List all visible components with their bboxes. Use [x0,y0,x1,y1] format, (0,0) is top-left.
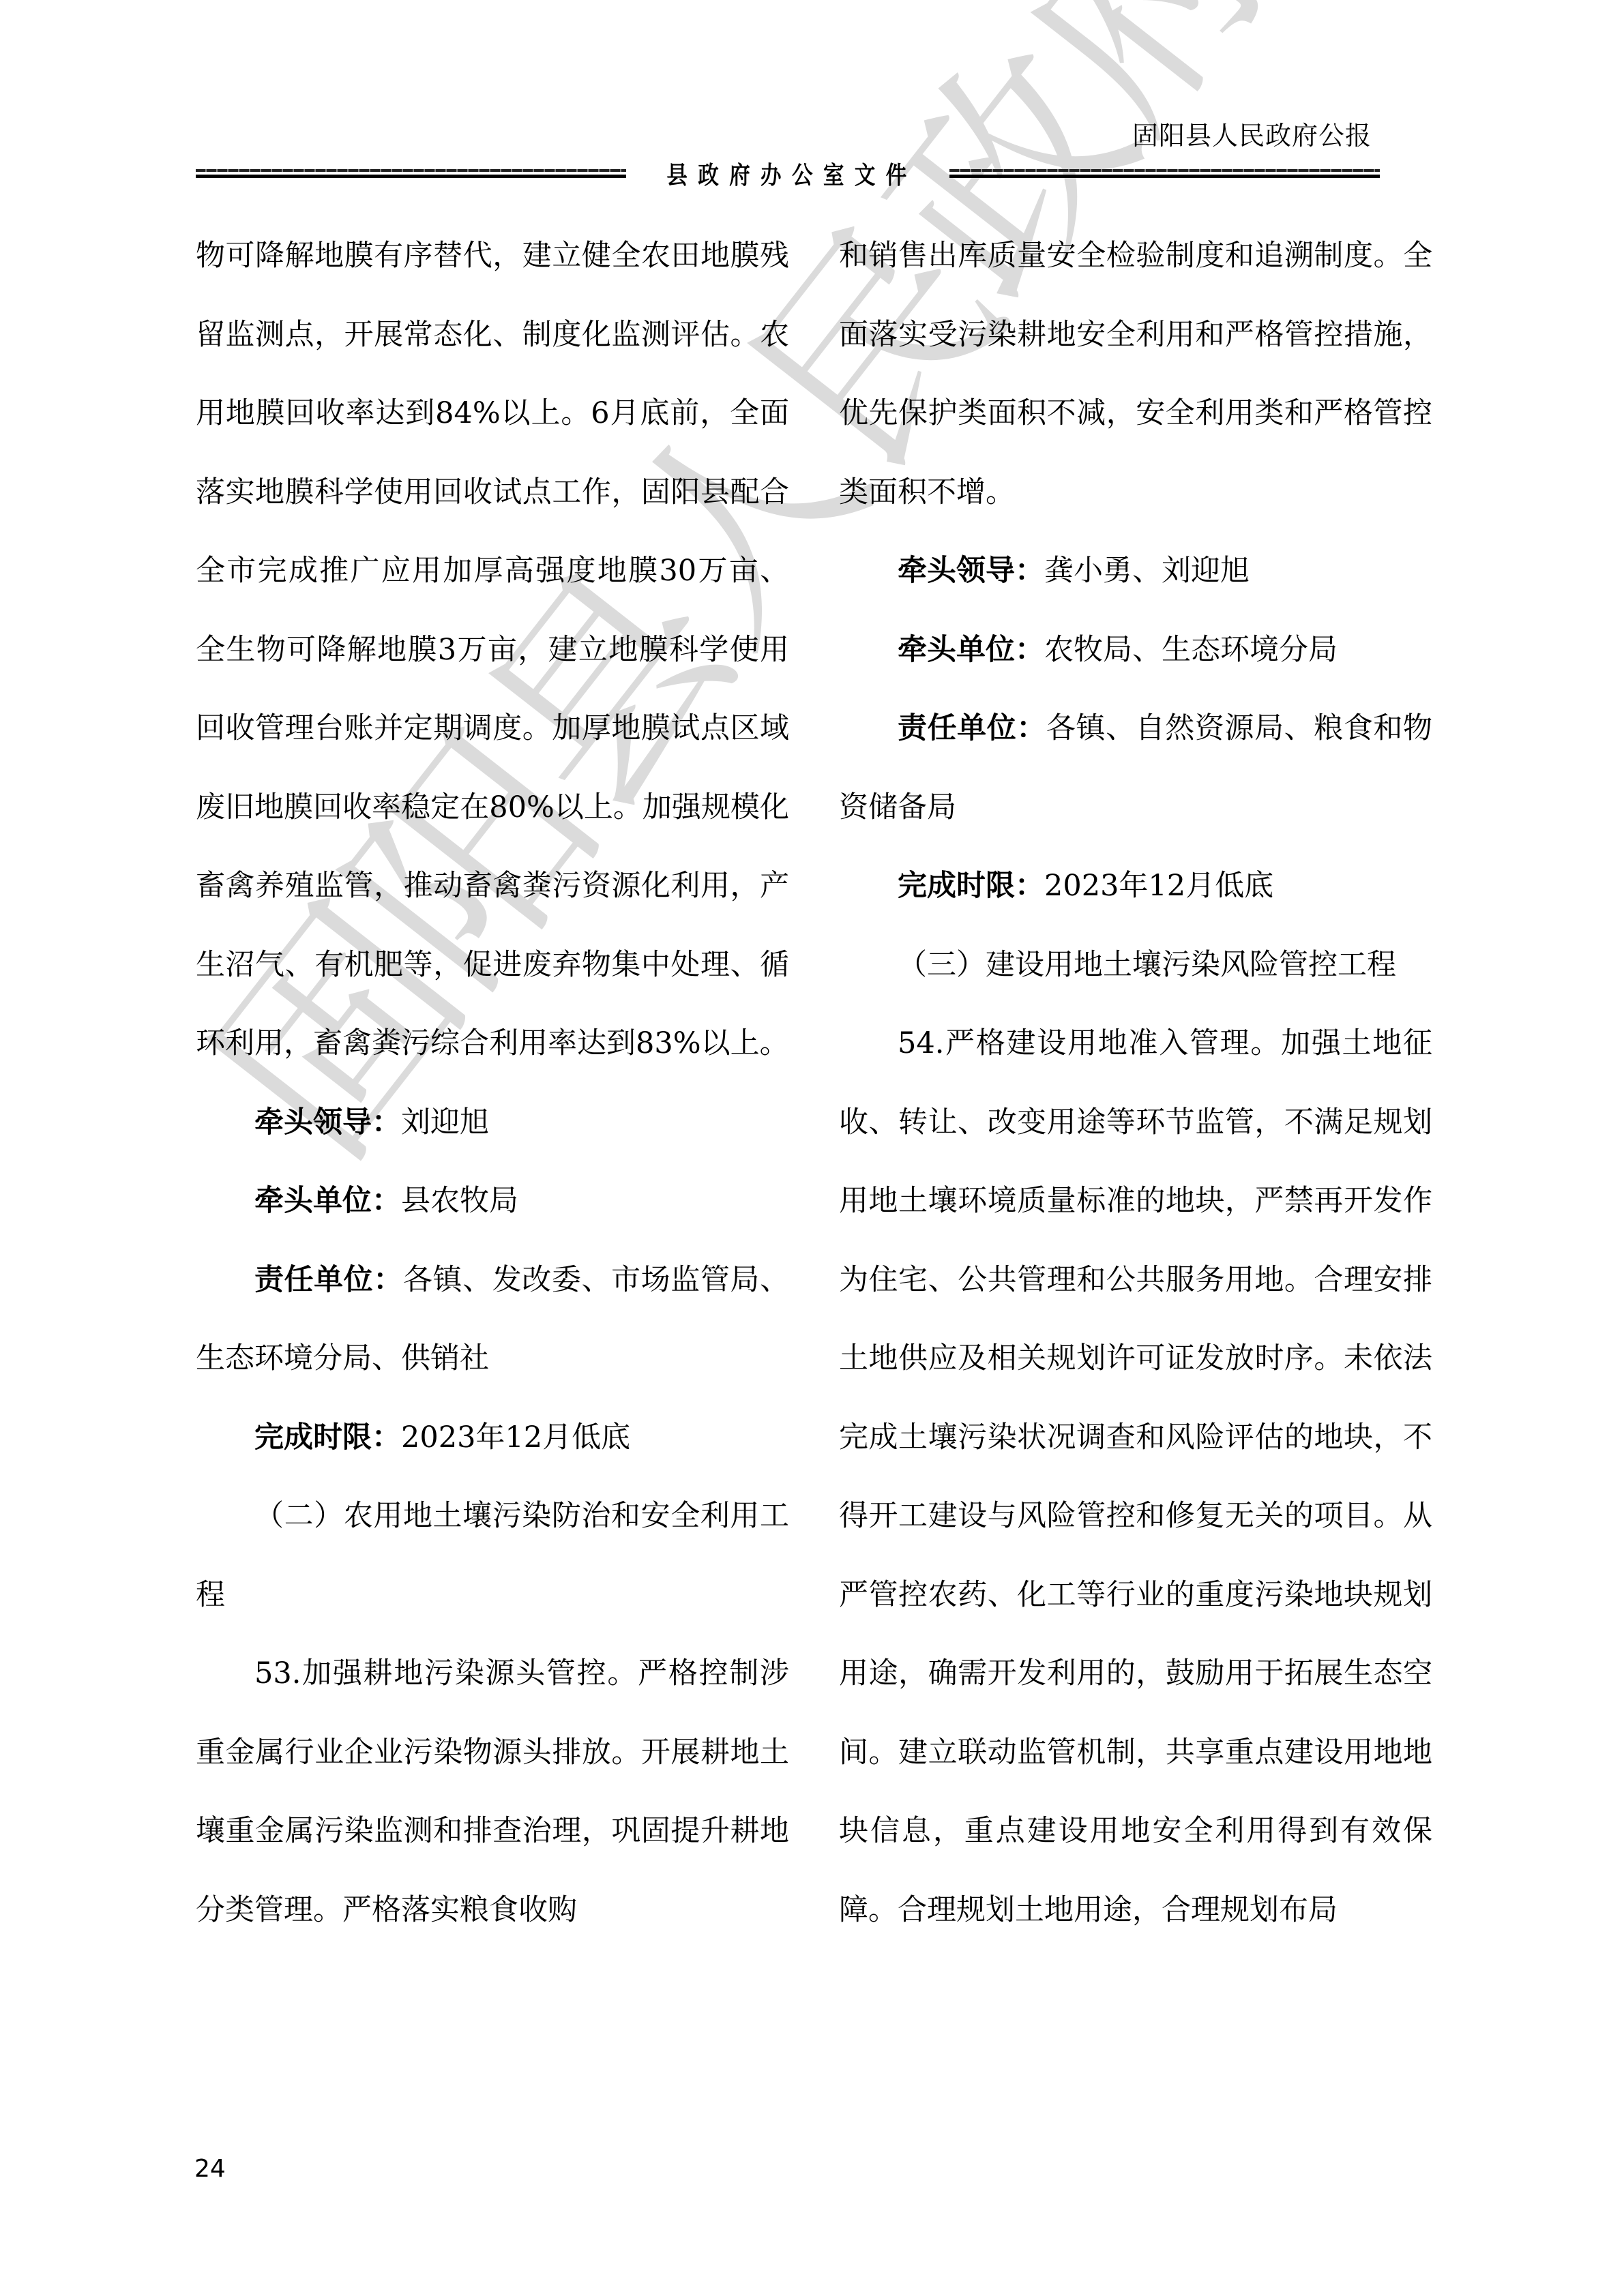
field-value: 2023年12月低底 [401,1420,630,1455]
section-title: 县政府办公室文件 [651,156,926,191]
section-heading: （二）农用地土壤污染防治和安全利用工程 [196,1477,789,1635]
section-heading: （三）建设用地土壤污染风险管控工程 [839,926,1432,1005]
deadline-line: 完成时限：2023年12月低底 [196,1399,789,1478]
section-banner: 县政府办公室文件 [196,155,1380,191]
field-label: 责任单位： [254,1263,403,1297]
field-value: 农牧局、生态环境分局 [1044,633,1338,667]
lead-unit-line: 牵头单位：县农牧局 [196,1162,789,1241]
lead-leader-line: 牵头领导：刘迎旭 [196,1084,789,1163]
lead-unit-line: 牵头单位：农牧局、生态环境分局 [839,611,1432,690]
responsible-unit-line: 责任单位：各镇、发改委、市场监管局、生态环境分局、供销社 [196,1241,789,1399]
field-label: 牵头领导： [898,554,1044,588]
field-value: 龚小勇、刘迎旭 [1044,554,1250,588]
field-label: 责任单位： [898,711,1046,745]
paragraph: 物可降解地膜有序替代，建立健全农田地膜残留监测点，开展常态化、制度化监测评估。农… [196,217,789,1084]
right-column: 和销售出库质量安全检验制度和追溯制度。全面落实受污染耕地安全利用和严格管控措施，… [839,217,1432,1950]
field-label: 牵头单位： [254,1184,401,1218]
paragraph: 和销售出库质量安全检验制度和追溯制度。全面落实受污染耕地安全利用和严格管控措施，… [839,217,1432,532]
field-label: 牵头单位： [898,633,1044,667]
publication-title: 固阳县人民政府公报 [1132,115,1372,152]
left-column: 物可降解地膜有序替代，建立健全农田地膜残留监测点，开展常态化、制度化监测评估。农… [196,217,789,1950]
paragraph: 54.严格建设用地准入管理。加强土地征收、转让、改变用途等环节监管，不满足规划用… [839,1004,1432,1950]
paragraph: 53.加强耕地污染源头管控。严格控制涉重金属行业企业污染物源头排放。开展耕地土壤… [196,1635,789,1950]
responsible-unit-line: 责任单位：各镇、自然资源局、粮食和物资储备局 [839,689,1432,847]
double-rule-left [196,168,626,179]
field-value: 2023年12月低底 [1044,869,1273,903]
field-label: 牵头领导： [254,1105,401,1139]
field-label: 完成时限： [898,869,1044,903]
field-label: 完成时限： [254,1420,401,1455]
lead-leader-line: 牵头领导：龚小勇、刘迎旭 [839,532,1432,611]
field-value: 县农牧局 [401,1184,518,1218]
deadline-line: 完成时限：2023年12月低底 [839,847,1432,926]
field-value: 刘迎旭 [401,1105,489,1139]
double-rule-right [949,168,1380,179]
page-number: 24 [194,2155,226,2183]
